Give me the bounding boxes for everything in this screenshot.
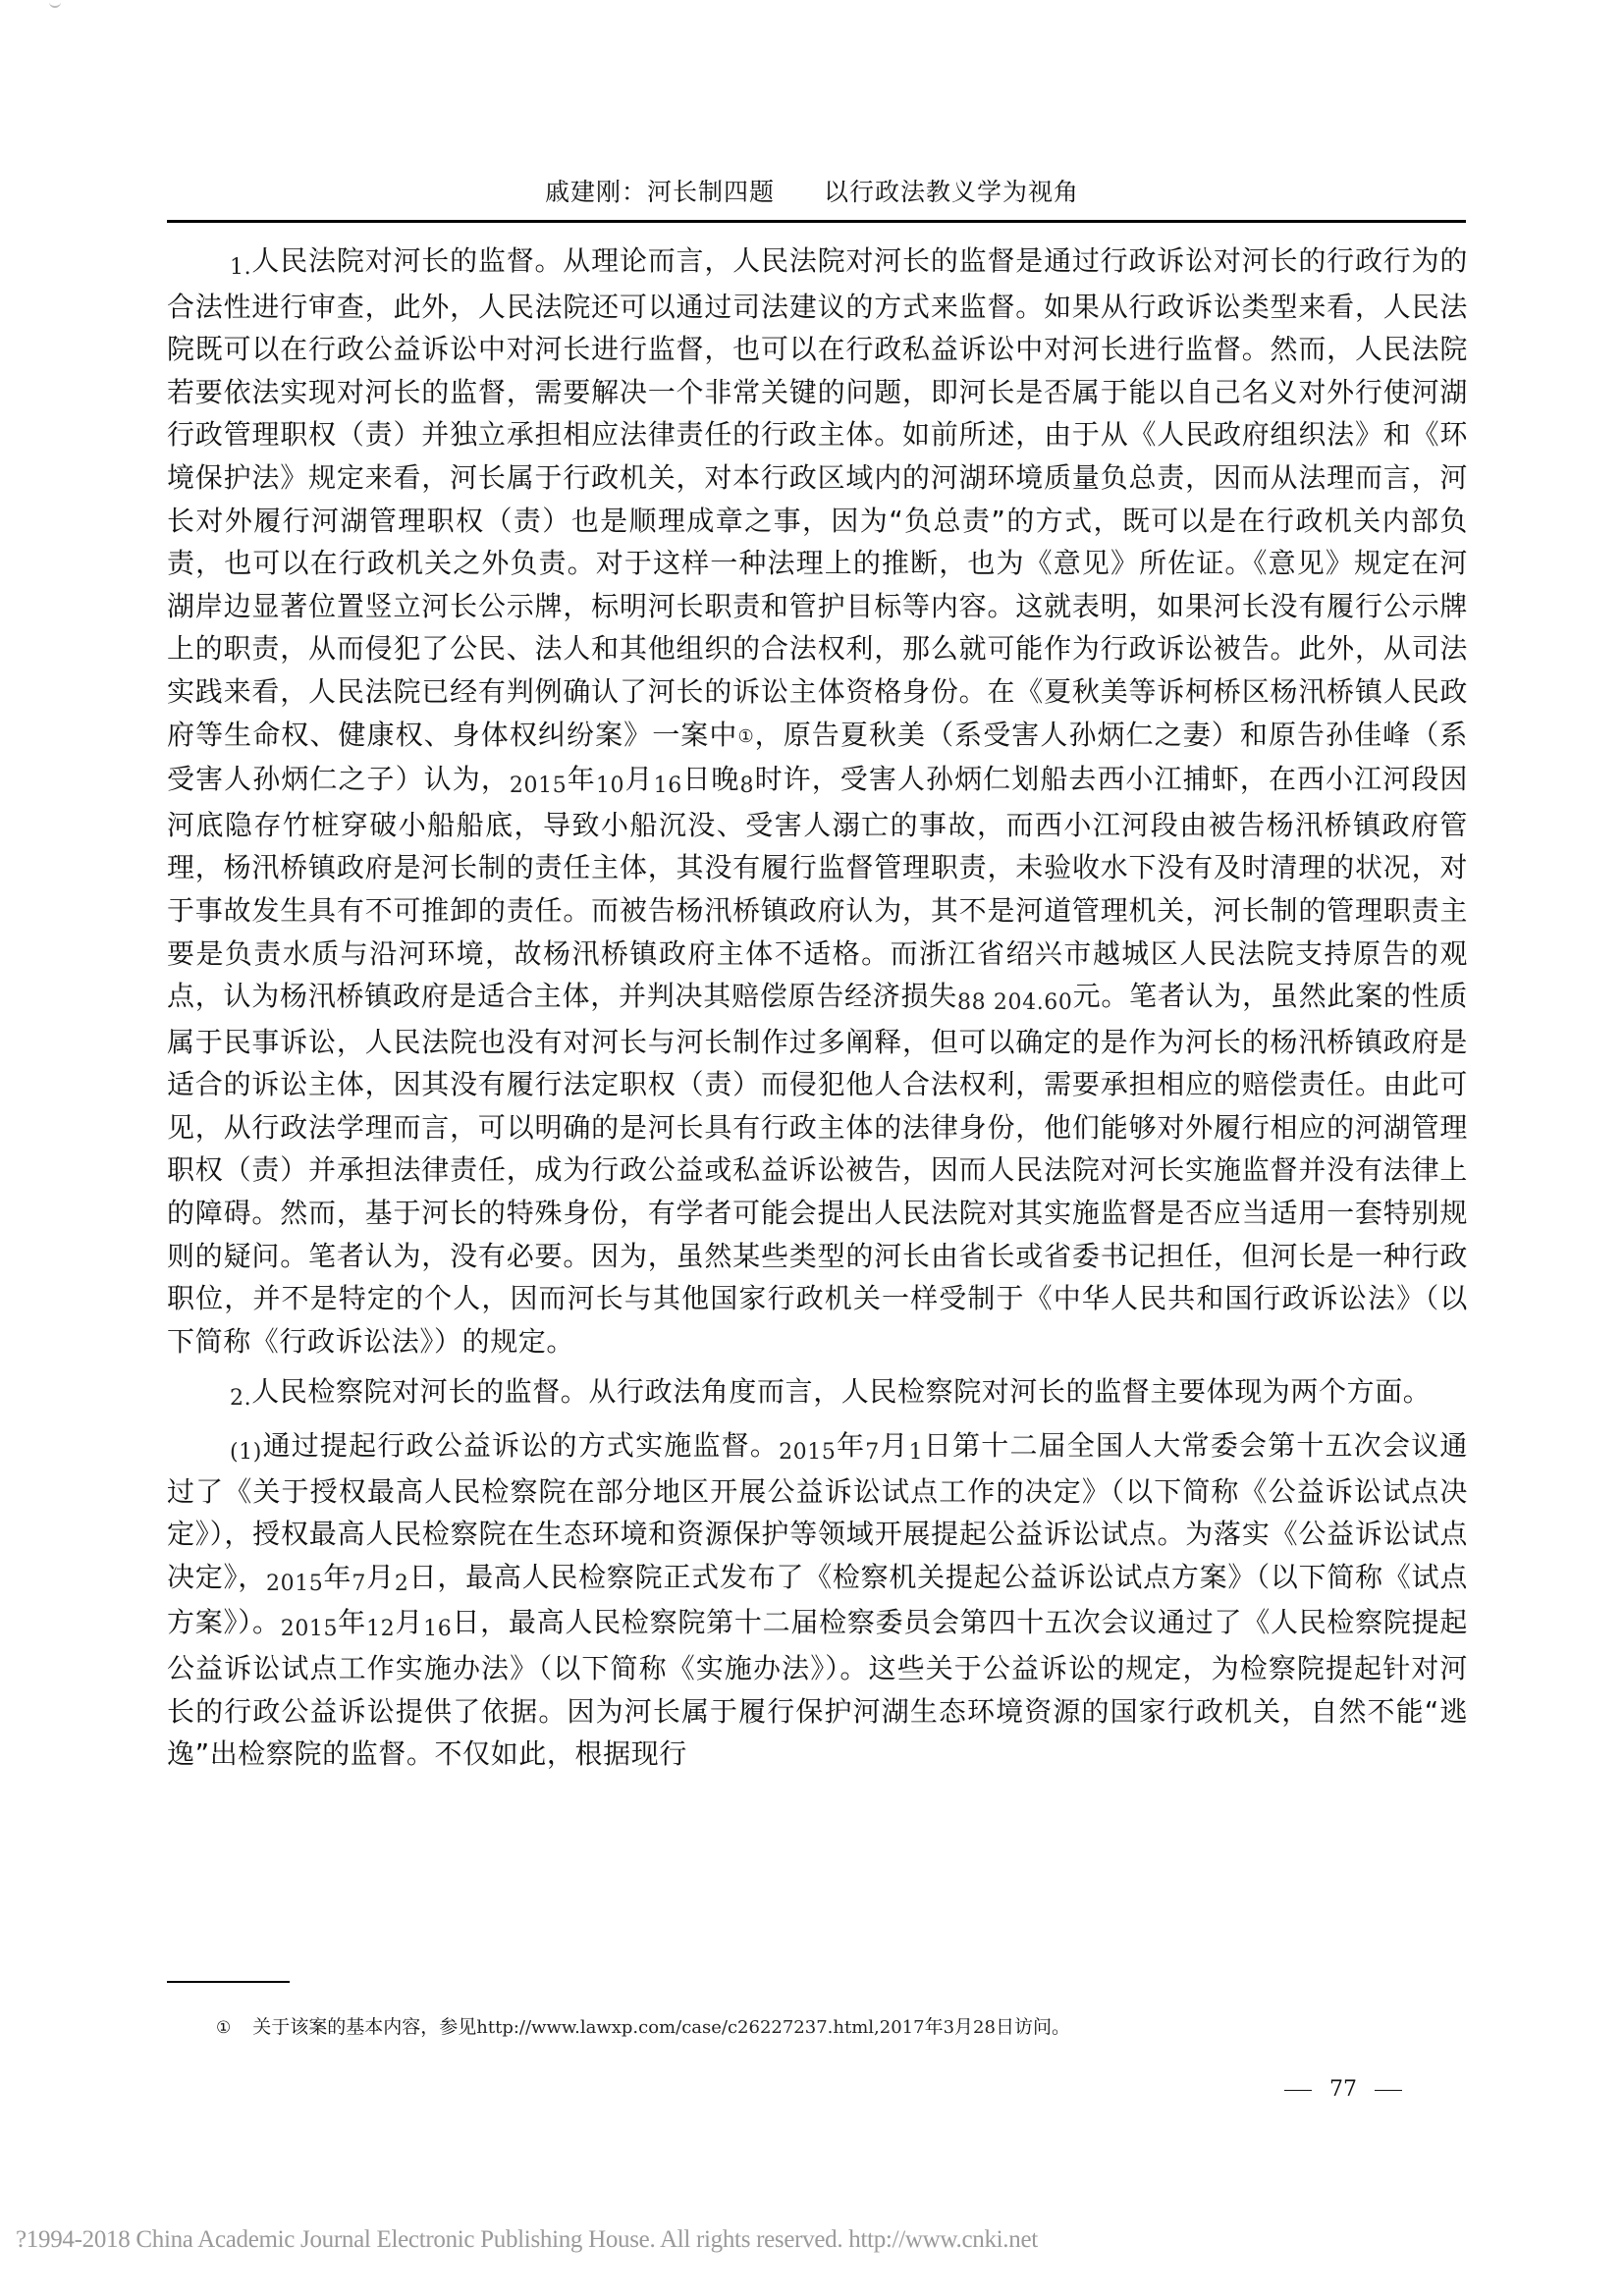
footnote-text: 关于该案的基本内容，参见 <box>252 2016 476 2038</box>
paragraph-text: 月 <box>880 1429 909 1462</box>
paragraph-text: 人民检察院对河长的监督。从行政法角度而言，人民检察院对河长的监督主要体现为两个方… <box>251 1375 1431 1408</box>
footnote-rule <box>167 1981 290 1983</box>
footnote-day: 28 <box>973 2017 996 2038</box>
footnote-text: 月 <box>954 2016 973 2038</box>
document-page: 戚建刚：河长制四题以行政法教义学为视角 1.人民法院对河长的监督。从理论而言，人… <box>0 0 1624 2296</box>
time-hour: 8 <box>739 774 754 798</box>
compensation-amount: 88 204.60 <box>957 990 1073 1015</box>
paragraph-text: 年 <box>338 1606 366 1638</box>
paragraph-text: 月 <box>395 1606 423 1638</box>
header-subtitle: 以行政法教义学为视角 <box>824 178 1079 206</box>
date-month: 12 <box>366 1617 395 1641</box>
paragraph-public-interest-litigation: (1)通过提起行政公益诉讼的方式实施监督。2015年7月1日第十二届全国人大常委… <box>167 1424 1468 1776</box>
footnote-text: 日访问。 <box>996 2016 1070 2038</box>
date-day: 16 <box>423 1617 452 1641</box>
body-text: 1.人民法院对河长的监督。从理论而言，人民法院对河长的监督是通过行政诉讼对河长的… <box>167 240 1468 1776</box>
date-day: 2 <box>395 1572 409 1596</box>
date-year: 2015 <box>281 1617 338 1641</box>
subsection-number: (1) <box>230 1440 262 1465</box>
date-year: 2015 <box>510 774 567 798</box>
copyright-footer: ?1994-2018 China Academic Journal Electr… <box>16 2226 1038 2254</box>
footnote-text: 年 <box>925 2016 944 2038</box>
header-title: 河长制四题 <box>647 178 775 206</box>
paragraph-text: 人民法院对河长的监督。从理论而言，人民法院对河长的监督是通过行政诉讼对河长的行政… <box>167 244 1468 751</box>
section-number: 2. <box>230 1386 251 1411</box>
dash-left <box>1284 2090 1312 2091</box>
date-month: 7 <box>352 1572 366 1596</box>
paragraph-procuratorate-supervision: 2.人民检察院对河长的监督。从行政法角度而言，人民检察院对河长的监督主要体现为两… <box>167 1370 1468 1416</box>
section-number: 1. <box>230 255 251 280</box>
footnote-mark: ① <box>216 2018 231 2038</box>
paragraph-text: 时许，受害人孙炳仁划船去西小江捕虾，在西小江河段因河底隐存竹桩穿破小船船底，导致… <box>167 763 1468 1012</box>
paragraph-text: 年 <box>323 1561 352 1593</box>
page-number-value: 77 <box>1329 2077 1357 2102</box>
footnote-url[interactable]: http://www.lawxp.com/case/c26227237.html… <box>476 2017 924 2038</box>
date-year: 2015 <box>779 1440 836 1465</box>
page-number: 77 <box>1267 2077 1420 2102</box>
dash-right <box>1375 2090 1402 2091</box>
footnote-month: 3 <box>944 2017 954 2038</box>
paragraph-text: 年 <box>567 763 596 795</box>
header-author: 戚建刚 <box>545 178 622 206</box>
header-rule <box>167 220 1466 223</box>
header-colon: ： <box>622 178 647 206</box>
paragraph-text: 月 <box>366 1561 395 1593</box>
footnote-reference[interactable]: ① <box>737 726 754 747</box>
date-day: 1 <box>909 1440 924 1465</box>
date-month: 10 <box>596 774 624 798</box>
date-month: 7 <box>865 1440 880 1465</box>
paragraph-text: 日晚 <box>682 763 740 795</box>
date-year: 2015 <box>266 1572 323 1596</box>
paragraph-text: 月 <box>624 763 654 795</box>
running-header: 戚建刚：河长制四题以行政法教义学为视角 <box>0 173 1624 208</box>
footnote: ①关于该案的基本内容，参见http://www.lawxp.com/case/c… <box>216 2012 1070 2039</box>
paragraph-text: 元。笔者认为，虽然此案的性质属于民事诉讼，人民法院也没有对河长与河长制作过多阐释… <box>167 980 1468 1358</box>
date-day: 16 <box>654 774 682 798</box>
paragraph-court-supervision: 1.人民法院对河长的监督。从理论而言，人民法院对河长的监督是通过行政诉讼对河长的… <box>167 240 1468 1362</box>
paragraph-text: 年 <box>836 1429 865 1462</box>
paragraph-text: 通过提起行政公益诉讼的方式实施监督。 <box>262 1429 779 1462</box>
scan-mark <box>49 0 61 8</box>
